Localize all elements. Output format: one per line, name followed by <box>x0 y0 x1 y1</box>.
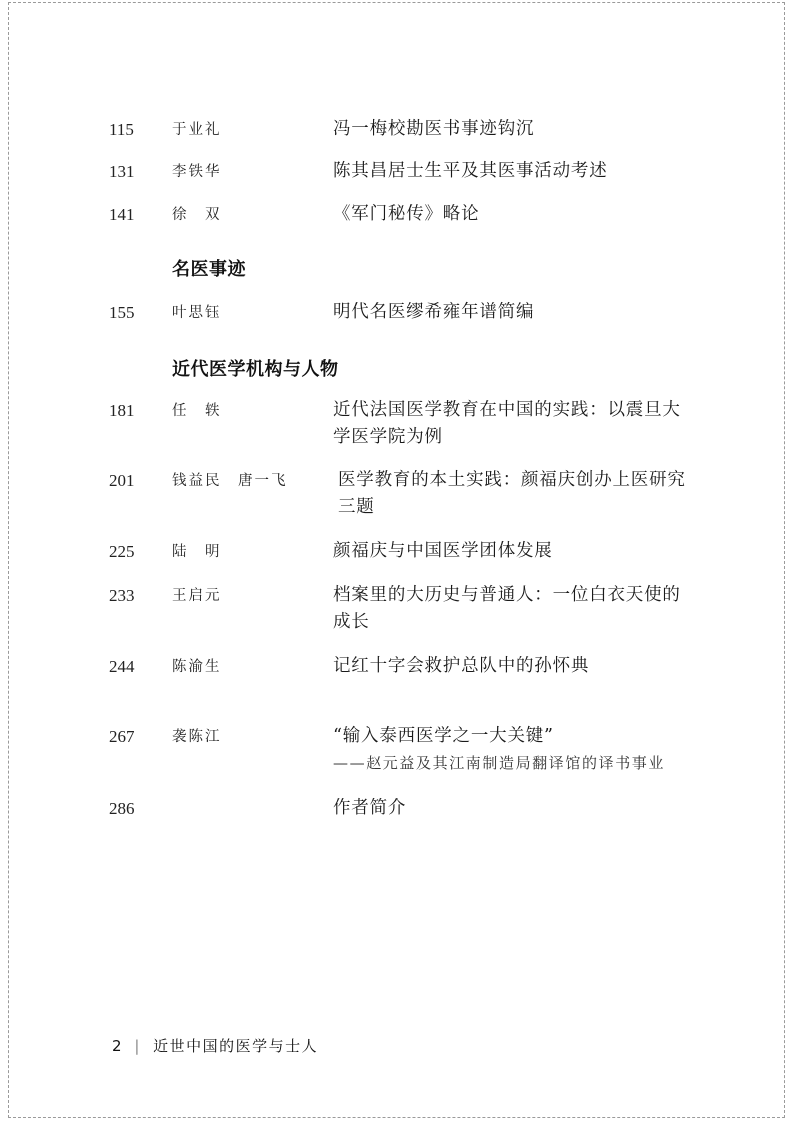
toc-page-number: 225 <box>109 541 135 563</box>
toc-title[interactable]: 记红十字会救护总队中的孙怀典 <box>333 653 698 680</box>
toc-author: 叶思钰 <box>172 302 222 324</box>
toc-title[interactable]: 明代名医缪希雍年谱简编 <box>333 299 698 326</box>
footer-book-title: 近世中国的医学与士人 <box>153 1037 318 1055</box>
toc-title[interactable]: 冯一梅校勘医书事迹钩沉 <box>333 116 698 143</box>
footer-page-number: 2 <box>112 1037 122 1055</box>
footer-separator: | <box>134 1035 139 1057</box>
toc-author: 陈渝生 <box>172 656 222 678</box>
toc-title-block[interactable]: “输入泰西医学之一大关键” ——赵元益及其江南制造局翻译馆的译书事业 <box>333 723 713 777</box>
toc-author: 任 轶 <box>172 400 222 422</box>
toc-title[interactable]: 《军门秘传》略论 <box>333 201 698 228</box>
section-heading: 近代医学机构与人物 <box>172 358 339 382</box>
section-heading: 名医事迹 <box>172 258 246 282</box>
toc-title[interactable]: 档案里的大历史与普通人：一位白衣天使的成长 <box>333 582 698 636</box>
toc-title[interactable]: 颜福庆与中国医学团体发展 <box>333 538 698 565</box>
toc-author: 钱益民 唐一飞 <box>172 470 288 492</box>
toc-author: 于业礼 <box>172 119 222 141</box>
toc-author: 陆 明 <box>172 541 222 563</box>
toc-page-number: 286 <box>109 798 135 820</box>
toc-page-number: 233 <box>109 585 135 607</box>
toc-title[interactable]: 近代法国医学教育在中国的实践：以震旦大学医学院为例 <box>333 397 698 451</box>
toc-page-number: 267 <box>109 726 135 748</box>
toc-page-number: 131 <box>109 161 135 183</box>
toc-subtitle: ——赵元益及其江南制造局翻译馆的译书事业 <box>333 750 713 777</box>
toc-title[interactable]: 医学教育的本土实践：颜福庆创办上医研究三题 <box>338 467 698 521</box>
toc-page-number: 141 <box>109 204 135 226</box>
toc-page-number: 181 <box>109 400 135 422</box>
toc-author: 李铁华 <box>172 161 222 183</box>
toc-page-number: 115 <box>109 119 134 141</box>
toc-author: 袭陈江 <box>172 726 222 748</box>
toc-page-number: 155 <box>109 302 135 324</box>
toc-page-number: 244 <box>109 656 135 678</box>
toc-title[interactable]: 作者简介 <box>333 795 698 822</box>
page-footer: 2 | 近世中国的医学与士人 <box>112 1035 318 1057</box>
toc-author: 王启元 <box>172 585 222 607</box>
toc-title: “输入泰西医学之一大关键” <box>333 723 713 750</box>
toc-page-number: 201 <box>109 470 135 492</box>
toc-title[interactable]: 陈其昌居士生平及其医事活动考述 <box>333 158 698 185</box>
toc-author: 徐 双 <box>172 204 222 226</box>
